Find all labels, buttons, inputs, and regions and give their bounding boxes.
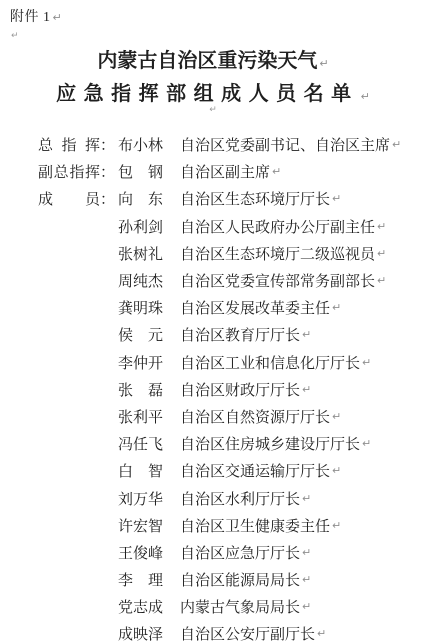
member-name: 布小林 [118,134,163,155]
paragraph-mark-icon: ↵ [377,220,386,233]
member-position: 自治区公安厅副厅长 [180,623,315,642]
document-title-line1-text: 内蒙古自治区重污染天气 [97,50,317,72]
member-position: 自治区卫生健康委主任 [180,515,330,536]
member-name: 冯任飞 [118,433,163,454]
member-position: 自治区交通运输厅厅长 [180,460,330,481]
role-colon: ： [100,134,118,155]
paragraph-mark-icon: ↵ [0,105,426,115]
paragraph-mark-icon: ↵ [377,274,386,287]
roster-list: 总指挥 ： 布小林 自治区党委副书记、自治区主席 ↵ 副总指挥 ： 包钢 自治区… [38,131,401,642]
member-position: 自治区自然资源厅厅长 [180,406,330,427]
role-label: 成员 [38,188,100,209]
paragraph-mark-icon: ↵ [362,356,371,369]
paragraph-mark-icon: ↵ [317,627,326,640]
member-position: 自治区生态环境厅二级巡视员 [180,243,375,264]
paragraph-mark-icon: ↵ [332,519,341,532]
roster-row: 龚明珠 自治区发展改革委主任 ↵ [38,294,401,321]
paragraph-mark-icon: ↵ [332,301,341,314]
member-name: 包钢 [118,161,163,182]
paragraph-mark-icon: ↵ [332,464,341,477]
paragraph-mark-icon: ↵ [11,31,19,41]
member-position: 自治区党委宣传部常务副部长 [180,270,375,291]
member-name: 李理 [118,569,163,590]
roster-row: 王俊峰 自治区应急厅厅长 ↵ [38,539,401,566]
paragraph-mark-icon: ↵ [302,383,311,396]
roster-row: 总指挥 ： 布小林 自治区党委副书记、自治区主席 ↵ [38,131,401,158]
member-name: 刘万华 [118,488,163,509]
member-name: 张利平 [118,406,163,427]
paragraph-mark-icon: ↵ [302,600,311,613]
member-position: 自治区教育厅厅长 [180,324,300,345]
member-name: 王俊峰 [118,542,163,563]
roster-row: 刘万华 自治区水利厅厅长 ↵ [38,484,401,511]
roster-row: 侯元 自治区教育厅厅长 ↵ [38,321,401,348]
paragraph-mark-icon: ↵ [361,90,370,103]
member-name: 李仲开 [118,352,163,373]
member-name: 张树礼 [118,243,163,264]
role-colon: ： [100,161,118,182]
paragraph-mark-icon: ↵ [272,165,281,178]
roster-row: 张利平 自治区自然资源厅厅长 ↵ [38,403,401,430]
paragraph-mark-icon: ↵ [53,11,63,24]
paragraph-mark-icon: ↵ [332,192,341,205]
member-name: 周纯杰 [118,270,163,291]
document-title: 内蒙古自治区重污染天气↵ 应急指挥部组成人员名单↵ [0,46,426,112]
document-title-line1: 内蒙古自治区重污染天气↵ [0,46,426,79]
paragraph-mark-icon: ↵ [377,247,386,260]
paragraph-mark-icon: ↵ [302,492,311,505]
attachment-label-text: 附件 1 [10,10,51,25]
member-position: 自治区应急厅厅长 [180,542,300,563]
paragraph-mark-icon: ↵ [332,410,341,423]
role-label: 副总指挥 [38,161,100,182]
roster-row: 副总指挥 ： 包钢 自治区副主席 ↵ [38,158,401,185]
member-position: 自治区人民政府办公厅副主任 [180,216,375,237]
member-name: 孙利剑 [118,216,163,237]
role-label: 总指挥 [38,134,100,155]
roster-row: 成映泽 自治区公安厅副厅长 ↵ [38,620,401,642]
roster-row: 党志成 内蒙古气象局局长 ↵ [38,593,401,620]
document-page: 附件 1↵ ↵ 内蒙古自治区重污染天气↵ 应急指挥部组成人员名单↵ ↵ 总指挥 … [0,0,426,642]
member-position: 内蒙古气象局局长 [180,596,300,617]
roster-row: 张树礼 自治区生态环境厅二级巡视员 ↵ [38,240,401,267]
roster-row: 冯任飞 自治区住房城乡建设厅厅长 ↵ [38,430,401,457]
roster-row: 周纯杰 自治区党委宣传部常务副部长 ↵ [38,267,401,294]
member-name: 张磊 [118,379,163,400]
member-name: 白智 [118,460,163,481]
member-position: 自治区生态环境厅厅长 [180,188,330,209]
document-title-line2-text: 应急指挥部组成人员名单 [56,83,359,105]
member-name: 许宏智 [118,515,163,536]
paragraph-mark-icon: ↵ [302,328,311,341]
attachment-label: 附件 1↵ [10,6,62,26]
member-name: 龚明珠 [118,297,163,318]
member-name: 侯元 [118,324,163,345]
paragraph-mark-icon: ↵ [302,546,311,559]
paragraph-mark-icon: ↵ [319,57,328,70]
paragraph-mark-icon: ↵ [392,138,401,151]
paragraph-mark-icon: ↵ [302,573,311,586]
paragraph-mark-icon: ↵ [362,437,371,450]
member-name: 向东 [118,188,163,209]
roster-row: 李仲开 自治区工业和信息化厅厅长 ↵ [38,349,401,376]
roster-row: 孙利剑 自治区人民政府办公厅副主任 ↵ [38,213,401,240]
roster-row: 李理 自治区能源局局长 ↵ [38,566,401,593]
member-position: 自治区发展改革委主任 [180,297,330,318]
roster-row: 许宏智 自治区卫生健康委主任 ↵ [38,512,401,539]
member-position: 自治区党委副书记、自治区主席 [180,134,390,155]
member-position: 自治区水利厅厅长 [180,488,300,509]
member-name: 成映泽 [118,623,163,642]
member-position: 自治区副主席 [180,161,270,182]
member-name: 党志成 [118,596,163,617]
member-position: 自治区能源局局长 [180,569,300,590]
member-position: 自治区工业和信息化厅厅长 [180,352,360,373]
roster-row: 张磊 自治区财政厅厅长 ↵ [38,376,401,403]
member-position: 自治区住房城乡建设厅厅长 [180,433,360,454]
roster-row: 成员 ： 向东 自治区生态环境厅厅长 ↵ [38,185,401,212]
member-position: 自治区财政厅厅长 [180,379,300,400]
roster-row: 白智 自治区交通运输厅厅长 ↵ [38,457,401,484]
role-colon: ： [100,188,118,209]
